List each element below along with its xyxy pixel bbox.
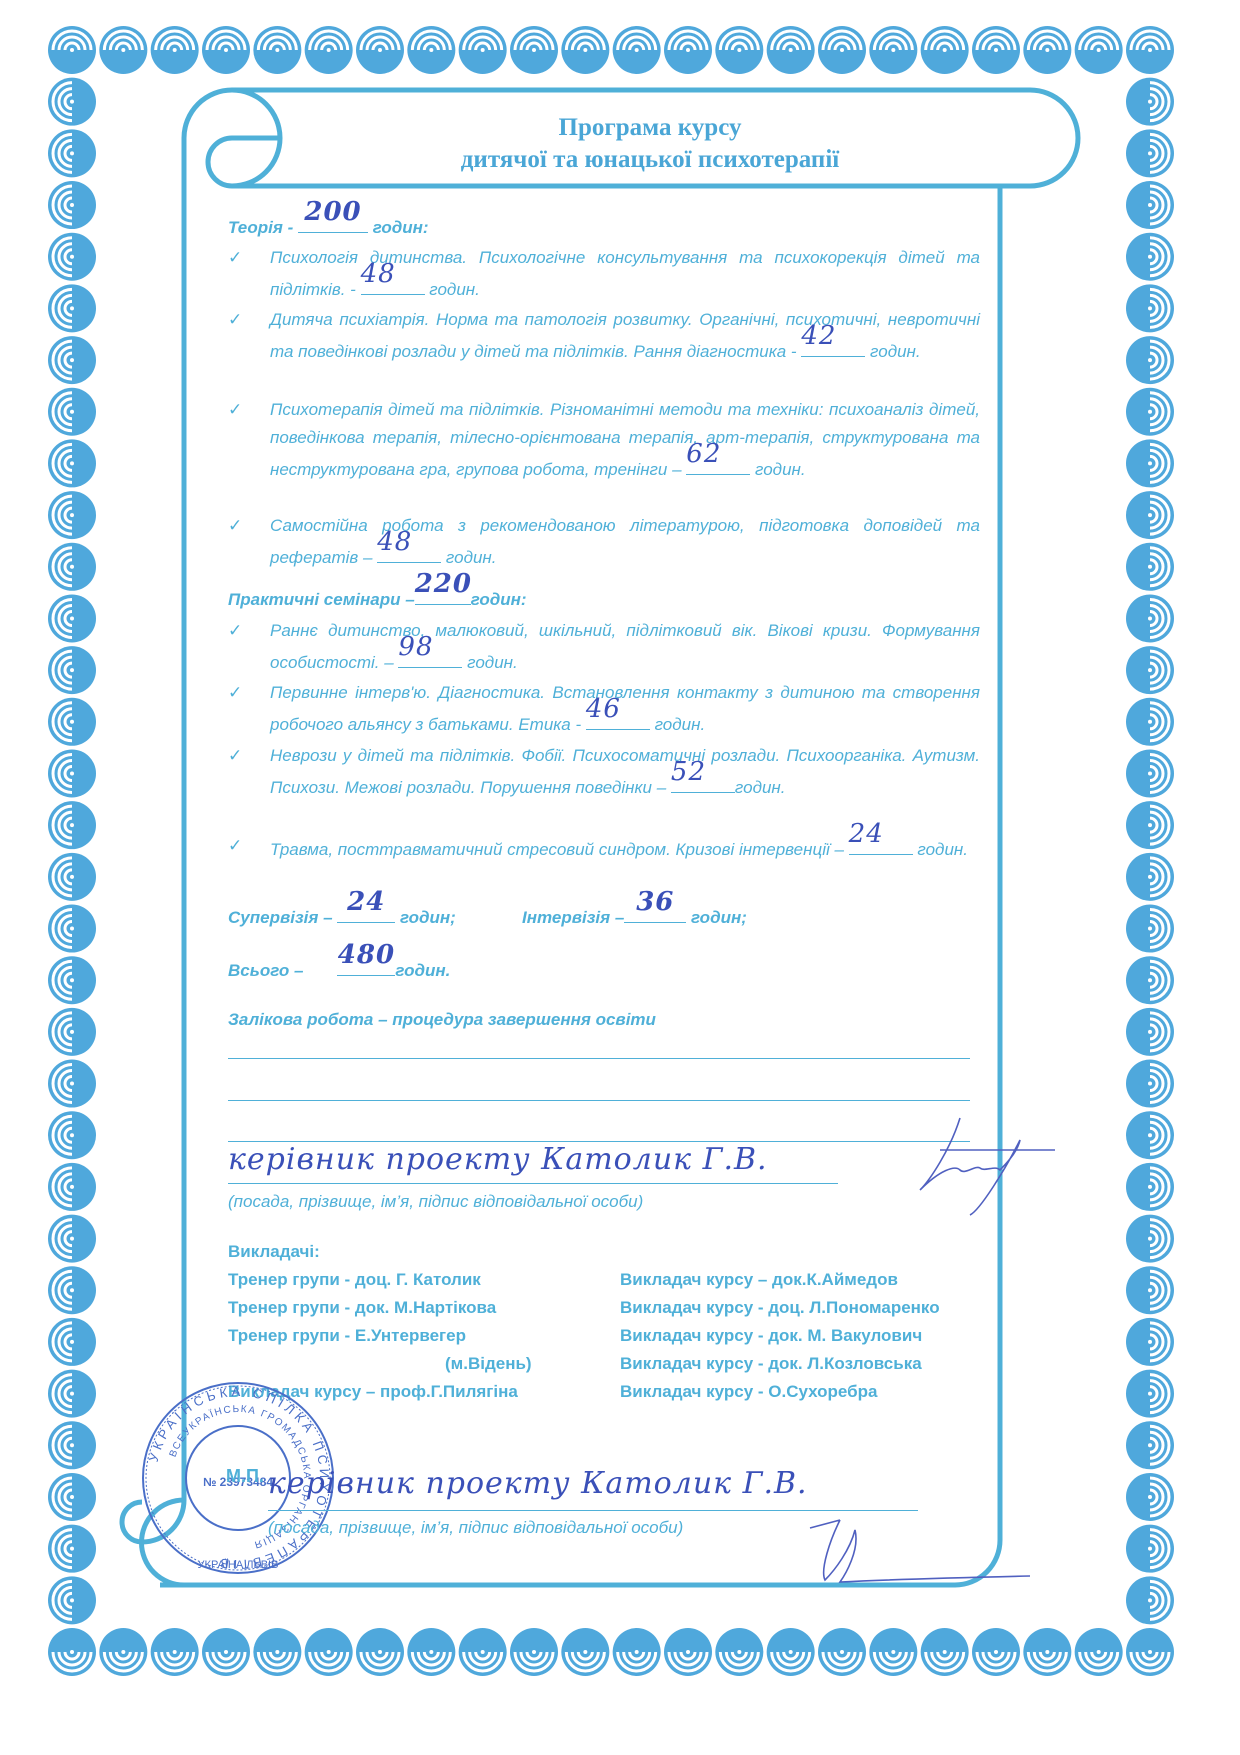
supervision-hours: 24 bbox=[337, 888, 395, 916]
item-suffix: годин. bbox=[650, 715, 705, 734]
supervision-hours-field: 24 bbox=[337, 900, 395, 923]
final-work-label: Залікова робота – процедура завершення о… bbox=[228, 1006, 656, 1034]
item-hours-field: 48 bbox=[377, 540, 441, 563]
item-hours-field: 62 bbox=[686, 452, 750, 475]
list-item: ✓Раннє дитинство, малюковий, шкільний, п… bbox=[228, 617, 980, 677]
item-hours-field: 24 bbox=[849, 832, 913, 855]
list-item: ✓Первинне інтерв'ю. Діагностика. Встанов… bbox=[228, 679, 980, 739]
signature-caption-2: (посада, прізвище, ім’я, підпис відповід… bbox=[268, 1518, 683, 1538]
teacher-entry: Викладач курсу - док. М. Вакулович bbox=[620, 1322, 922, 1350]
total-row: Всього –480годин. bbox=[228, 953, 450, 985]
checkmark-icon: ✓ bbox=[228, 244, 242, 272]
practice-label: Практичні семінари – bbox=[228, 590, 415, 609]
list-item-text: Первинне інтерв'ю. Діагностика. Встановл… bbox=[270, 679, 980, 739]
list-item-text: Травма, посттравматичний стресовий синдр… bbox=[270, 832, 980, 864]
item-hours-field: 48 bbox=[361, 272, 425, 295]
intervision-suffix: годин; bbox=[686, 908, 747, 927]
list-item: ✓Дитяча психіатрія. Норма та патологія р… bbox=[228, 306, 980, 366]
stamp-bottom-text: УКРАЇНА ЛЬВІВ bbox=[198, 1559, 279, 1571]
document-subtitle: дитячої та юнацької психотерапії bbox=[300, 144, 1000, 176]
checkmark-icon: ✓ bbox=[228, 617, 242, 645]
item-description: Психотерапія дітей та підлітків. Різнома… bbox=[270, 400, 980, 479]
teacher-entry: Викладач курсу - док. Л.Козловська bbox=[620, 1350, 922, 1378]
practice-suffix: годин: bbox=[471, 590, 527, 609]
document-title: Програма курсу bbox=[300, 112, 1000, 144]
item-hours: 24 bbox=[849, 820, 913, 848]
intervision-row: Інтервізія –36 годин; bbox=[522, 900, 747, 932]
total-hours: 480 bbox=[337, 941, 395, 969]
total-suffix: годин. bbox=[395, 961, 450, 980]
list-item: ✓Травма, посттравматичний стресовий синд… bbox=[228, 832, 980, 864]
item-hours: 52 bbox=[671, 758, 735, 786]
signature-line-1 bbox=[228, 1183, 838, 1184]
list-item: ✓Психологія дитинства. Психологічне конс… bbox=[228, 244, 980, 304]
item-hours-field: 46 bbox=[586, 707, 650, 730]
item-suffix: годин. bbox=[913, 840, 968, 859]
supervision-suffix: годин; bbox=[395, 908, 456, 927]
intervision-hours-field: 36 bbox=[624, 900, 686, 923]
item-suffix: годин. bbox=[750, 460, 805, 479]
practice-hours-field: 220 bbox=[415, 582, 471, 605]
theory-suffix: годин: bbox=[368, 218, 429, 237]
item-description: Травма, посттравматичний стресовий синдр… bbox=[270, 840, 849, 859]
signature-scribble-2 bbox=[800, 1510, 1040, 1590]
list-item: ✓Самостійна робота з рекомендованою літе… bbox=[228, 512, 980, 572]
handwritten-signature-1: керівник проекту Католик Г.В. bbox=[228, 1142, 768, 1177]
checkmark-icon: ✓ bbox=[228, 679, 242, 707]
teacher-entry: (м.Відень) bbox=[445, 1350, 532, 1378]
signature-caption-1: (посада, прізвище, ім’я, підпис відповід… bbox=[228, 1192, 643, 1212]
practice-heading: Практичні семінари –220годин: bbox=[228, 582, 527, 614]
total-hours-field: 480 bbox=[337, 953, 395, 976]
practice-hours: 220 bbox=[415, 570, 471, 598]
teacher-entry: Тренер групи - док. М.Нартікова bbox=[228, 1294, 496, 1322]
item-suffix: годин. bbox=[865, 342, 920, 361]
list-item: ✓Психотерапія дітей та підлітків. Різном… bbox=[228, 396, 980, 484]
item-hours-field: 98 bbox=[398, 645, 462, 668]
checkmark-icon: ✓ bbox=[228, 512, 242, 540]
list-item-text: Психологія дитинства. Психологічне консу… bbox=[270, 244, 980, 304]
list-item-text: Психотерапія дітей та підлітків. Різнома… bbox=[270, 396, 980, 484]
teachers-heading: Викладачі: bbox=[228, 1238, 320, 1266]
supervision-label: Супервізія – bbox=[228, 908, 337, 927]
theory-hours-field: 200 bbox=[298, 210, 368, 233]
final-work-line-1 bbox=[228, 1058, 970, 1059]
item-hours: 62 bbox=[686, 440, 750, 468]
checkmark-icon: ✓ bbox=[228, 832, 242, 860]
checkmark-icon: ✓ bbox=[228, 396, 242, 424]
signature-scribble-1 bbox=[900, 1110, 1060, 1220]
checkmark-icon: ✓ bbox=[228, 306, 242, 334]
intervision-hours: 36 bbox=[624, 888, 686, 916]
supervision-row: Супервізія – 24 годин; bbox=[228, 900, 456, 932]
mp-label: М.П. bbox=[226, 1462, 264, 1490]
item-hours-field: 52 bbox=[671, 770, 735, 793]
item-hours: 46 bbox=[586, 695, 650, 723]
item-hours: 98 bbox=[398, 633, 462, 661]
total-label: Всього – bbox=[228, 961, 303, 980]
item-hours-field: 42 bbox=[801, 334, 865, 357]
theory-label: Теорія - bbox=[228, 218, 298, 237]
item-suffix: годин. bbox=[441, 548, 496, 567]
item-hours: 48 bbox=[377, 528, 441, 556]
list-item-text: Дитяча психіатрія. Норма та патологія ро… bbox=[270, 306, 980, 366]
teacher-entry: Тренер групи - доц. Г. Католик bbox=[228, 1266, 481, 1294]
item-hours: 42 bbox=[801, 322, 865, 350]
item-suffix: годин. bbox=[462, 653, 517, 672]
handwritten-signature-2: керівник проекту Католик Г.В. bbox=[268, 1466, 808, 1501]
list-item-text: Неврози у дітей та підлітків. Фобії. Пси… bbox=[270, 742, 980, 802]
list-item: ✓Неврози у дітей та підлітків. Фобії. Пс… bbox=[228, 742, 980, 802]
list-item-text: Самостійна робота з рекомендованою літер… bbox=[270, 512, 980, 572]
teacher-entry: Викладач курсу - доц. Л.Пономаренко bbox=[620, 1294, 940, 1322]
theory-heading: Теорія - 200 годин: bbox=[228, 210, 429, 242]
teacher-entry: Викладач курсу - О.Сухоребра bbox=[620, 1378, 878, 1406]
list-item-text: Раннє дитинство, малюковий, шкільний, пі… bbox=[270, 617, 980, 677]
intervision-label: Інтервізія – bbox=[522, 908, 624, 927]
theory-hours: 200 bbox=[298, 198, 368, 226]
item-description: Раннє дитинство, малюковий, шкільний, пі… bbox=[270, 621, 980, 672]
item-hours: 48 bbox=[361, 260, 425, 288]
item-description: Неврози у дітей та підлітків. Фобії. Пси… bbox=[270, 746, 980, 797]
item-suffix: годин. bbox=[425, 280, 480, 299]
teacher-entry: Тренер групи - Е.Унтервегер bbox=[228, 1322, 466, 1350]
final-work-line-2 bbox=[228, 1100, 970, 1101]
item-suffix: годин. bbox=[735, 778, 786, 797]
checkmark-icon: ✓ bbox=[228, 742, 242, 770]
teacher-entry: Викладач курсу – док.К.Аймедов bbox=[620, 1266, 898, 1294]
